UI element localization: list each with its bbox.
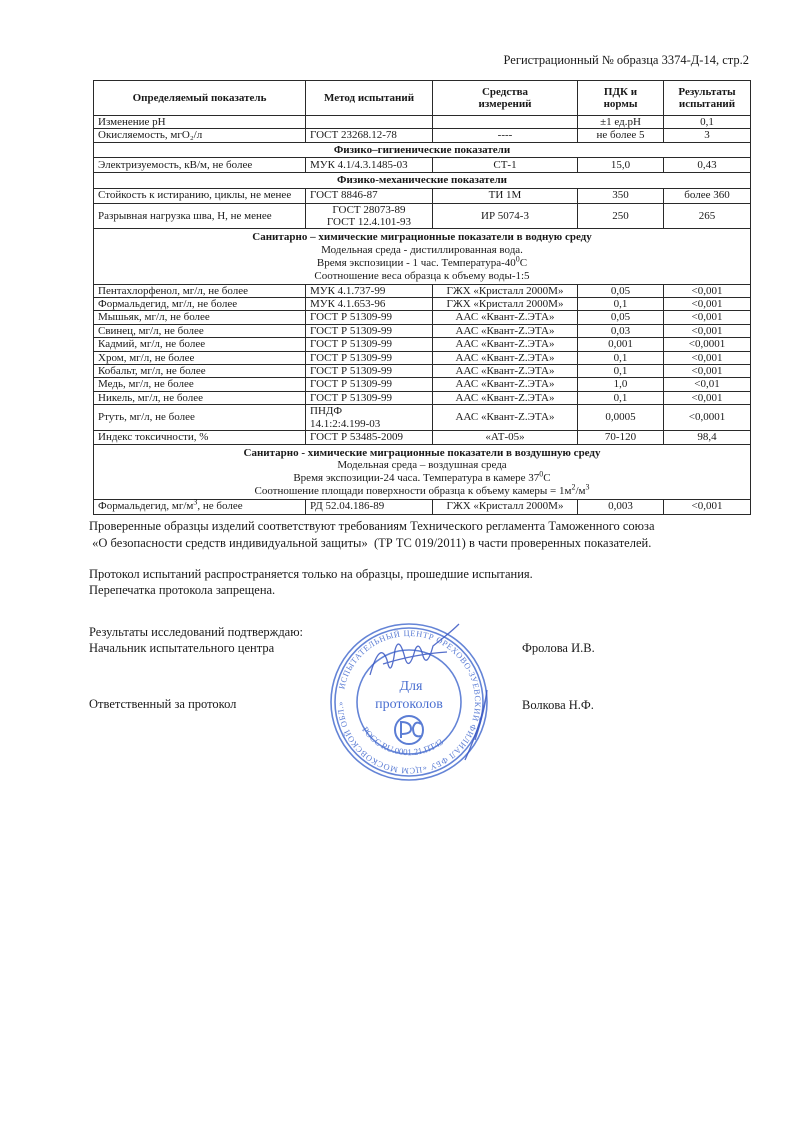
- table-row: Свинец, мг/л, не болееГОСТ Р 51309-99ААС…: [94, 324, 751, 337]
- table-row: Изменение рН ±1 ед.рН 0,1: [94, 116, 751, 129]
- method-cell: ГОСТ 23268.12-78: [306, 129, 433, 142]
- official-stamp: ИСПЫТАТЕЛЬНЫЙ ЦЕНТР ОРЕХОВО-ЗУЕВСКИЙ ФИЛ…: [325, 620, 493, 785]
- table-row: Кобальт, мг/л, не болееГОСТ Р 51309-99АА…: [94, 365, 751, 378]
- table-row: Мышьяк, мг/л, не болееГОСТ Р 51309-99ААС…: [94, 311, 751, 324]
- result-cell: <0,001: [664, 365, 751, 378]
- method-cell: ГОСТ Р 51309-99: [306, 365, 433, 378]
- table-row: Электризуемость, кВ/м, не более МУК 4.1/…: [94, 158, 751, 173]
- indicator-cell: Свинец, мг/л, не более: [94, 324, 306, 337]
- method-cell: ГОСТ Р 51309-99: [306, 311, 433, 324]
- table-row: Пентахлорфенол, мг/л, не болееМУК 4.1.73…: [94, 284, 751, 297]
- method-cell: ГОСТ Р 53485-2009: [306, 431, 433, 444]
- result-cell: 0,1: [664, 116, 751, 129]
- result-cell: <0,001: [664, 499, 751, 514]
- norm-cell: 0,001: [578, 338, 664, 351]
- conformity-conclusion: Проверенные образцы изделий соответствую…: [89, 518, 769, 552]
- norm-cell: 0,003: [578, 499, 664, 514]
- instrument-cell: «АТ-05»: [433, 431, 578, 444]
- norm-cell: не более 5: [578, 129, 664, 142]
- norm-cell: 0,1: [578, 351, 664, 364]
- indicator-cell: Медь, мг/л, не более: [94, 378, 306, 391]
- indicator-cell: Кобальт, мг/л, не более: [94, 365, 306, 378]
- header-method: Метод испытаний: [306, 81, 433, 116]
- head-name: Фролова И.В.: [522, 641, 595, 656]
- instrument-cell: ГЖХ «Кристалл 2000М»: [433, 499, 578, 514]
- indicator-cell: Ртуть, мг/л, не более: [94, 405, 306, 431]
- indicator-cell: Пентахлорфенол, мг/л, не более: [94, 284, 306, 297]
- result-cell: <0,0001: [664, 405, 751, 431]
- result-cell: <0,001: [664, 391, 751, 404]
- norm-cell: 0,1: [578, 391, 664, 404]
- instrument-cell: ААС «Квант-Z.ЭТА»: [433, 324, 578, 337]
- result-cell: <0,001: [664, 284, 751, 297]
- instrument-cell: ИР 5074-3: [433, 203, 578, 229]
- result-cell: 265: [664, 203, 751, 229]
- table-row: Индекс токсичности, %ГОСТ Р 53485-2009«А…: [94, 431, 751, 444]
- indicator-cell: Хром, мг/л, не более: [94, 351, 306, 364]
- indicator-cell: Стойкость к истиранию, циклы, не менее: [94, 188, 306, 203]
- protocol-notice: Протокол испытаний распространяется толь…: [89, 567, 533, 598]
- method-cell: ГОСТ Р 51309-99: [306, 338, 433, 351]
- norm-cell: 0,1: [578, 298, 664, 311]
- table-row: Ртуть, мг/л, не болееПНДФ14.1:2:4.199-03…: [94, 405, 751, 431]
- norm-cell: 0,0005: [578, 405, 664, 431]
- indicator-cell: Изменение рН: [94, 116, 306, 129]
- table-row: Формальдегид, мг/л, не болееМУК 4.1.653-…: [94, 298, 751, 311]
- norm-cell: 350: [578, 188, 664, 203]
- norm-cell: 0,1: [578, 365, 664, 378]
- registration-number: Регистрационный № образца 3374-Д-14, стр…: [504, 53, 749, 68]
- method-cell: ГОСТ 28073-89 ГОСТ 12.4.101-93: [306, 203, 433, 229]
- svg-text:РОСС RU.0001.21.ПТ43: РОСС RU.0001.21.ПТ43: [360, 725, 445, 757]
- method-cell: ГОСТ Р 51309-99: [306, 324, 433, 337]
- method-cell: МУК 4.1.737-99: [306, 284, 433, 297]
- table-row: Никель, мг/л, не болееГОСТ Р 51309-99ААС…: [94, 391, 751, 404]
- norm-cell: 15,0: [578, 158, 664, 173]
- method-cell: ПНДФ14.1:2:4.199-03: [306, 405, 433, 431]
- method-cell: ГОСТ 8846-87: [306, 188, 433, 203]
- indicator-cell: Окисляемость, мгО₂/л: [94, 129, 306, 142]
- svg-text:Для: Для: [400, 679, 424, 694]
- indicator-cell: Формальдегид, мг/л, не более: [94, 298, 306, 311]
- method-cell: ГОСТ Р 51309-99: [306, 391, 433, 404]
- table-row: Хром, мг/л, не болееГОСТ Р 51309-99ААС «…: [94, 351, 751, 364]
- norm-cell: 0,05: [578, 311, 664, 324]
- instrument-cell: ААС «Квант-Z.ЭТА»: [433, 338, 578, 351]
- responsible-label: Ответственный за протокол: [89, 697, 236, 713]
- approval-label: Результаты исследований подтверждаю: Нач…: [89, 625, 303, 656]
- norm-cell: 0,05: [578, 284, 664, 297]
- header-result: Результаты испытаний: [664, 81, 751, 116]
- indicator-cell: Никель, мг/л, не более: [94, 391, 306, 404]
- norm-cell: 0,03: [578, 324, 664, 337]
- result-cell: <0,01: [664, 378, 751, 391]
- section-header-physhyg: Физико–гигиенические показатели: [94, 142, 751, 157]
- indicator-cell: Формальдегид, мг/м3, не более: [94, 499, 306, 514]
- result-cell: 3: [664, 129, 751, 142]
- method-cell: МУК 4.1/4.3.1485-03: [306, 158, 433, 173]
- header-instrument: Средства измерений: [433, 81, 578, 116]
- table-row: Формальдегид, мг/м3, не более РД 52.04.1…: [94, 499, 751, 514]
- result-cell: 98,4: [664, 431, 751, 444]
- indicator-cell: Кадмий, мг/л, не более: [94, 338, 306, 351]
- result-cell: <0,0001: [664, 338, 751, 351]
- test-results-table: Определяемый показатель Метод испытаний …: [93, 80, 751, 515]
- section-header-water: Санитарно – химические миграционные пока…: [94, 229, 751, 284]
- instrument-cell: ----: [433, 129, 578, 142]
- indicator-cell: Электризуемость, кВ/м, не более: [94, 158, 306, 173]
- stamp-seal-icon: ИСПЫТАТЕЛЬНЫЙ ЦЕНТР ОРЕХОВО-ЗУЕВСКИЙ ФИЛ…: [325, 620, 493, 785]
- method-cell: ГОСТ Р 51309-99: [306, 351, 433, 364]
- instrument-cell: ГЖХ «Кристалл 2000М»: [433, 284, 578, 297]
- result-cell: <0,001: [664, 311, 751, 324]
- table-row: Разрывная нагрузка шва, Н, не менее ГОСТ…: [94, 203, 751, 229]
- method-cell: МУК 4.1.653-96: [306, 298, 433, 311]
- instrument-cell: ААС «Квант-Z.ЭТА»: [433, 378, 578, 391]
- method-cell: РД 52.04.186-89: [306, 499, 433, 514]
- table-row: Медь, мг/л, не болееГОСТ Р 51309-99ААС «…: [94, 378, 751, 391]
- table-row: Стойкость к истиранию, циклы, не менее Г…: [94, 188, 751, 203]
- result-cell: <0,001: [664, 351, 751, 364]
- indicator-cell: Разрывная нагрузка шва, Н, не менее: [94, 203, 306, 229]
- instrument-cell: ГЖХ «Кристалл 2000М»: [433, 298, 578, 311]
- instrument-cell: ААС «Квант-Z.ЭТА»: [433, 391, 578, 404]
- indicator-cell: Индекс токсичности, %: [94, 431, 306, 444]
- instrument-cell: ААС «Квант-Z.ЭТА»: [433, 405, 578, 431]
- table-row: Кадмий, мг/л, не болееГОСТ Р 51309-99ААС…: [94, 338, 751, 351]
- table-header-row: Определяемый показатель Метод испытаний …: [94, 81, 751, 116]
- header-indicator: Определяемый показатель: [94, 81, 306, 116]
- result-cell: 0,43: [664, 158, 751, 173]
- method-cell: ГОСТ Р 51309-99: [306, 378, 433, 391]
- instrument-cell: ААС «Квант-Z.ЭТА»: [433, 311, 578, 324]
- instrument-cell: ААС «Квант-Z.ЭТА»: [433, 351, 578, 364]
- section-header-air: Санитарно - химические миграционные пока…: [94, 444, 751, 499]
- result-cell: <0,001: [664, 324, 751, 337]
- instrument-cell: [433, 116, 578, 129]
- indicator-cell: Мышьяк, мг/л, не более: [94, 311, 306, 324]
- header-norm: ПДК и нормы: [578, 81, 664, 116]
- result-cell: более 360: [664, 188, 751, 203]
- norm-cell: ±1 ед.рН: [578, 116, 664, 129]
- method-cell: [306, 116, 433, 129]
- instrument-cell: ААС «Квант-Z.ЭТА»: [433, 365, 578, 378]
- section-header-physmech: Физико-механические показатели: [94, 173, 751, 188]
- result-cell: <0,001: [664, 298, 751, 311]
- norm-cell: 70-120: [578, 431, 664, 444]
- norm-cell: 1,0: [578, 378, 664, 391]
- table-row: Окисляемость, мгО₂/л ГОСТ 23268.12-78 --…: [94, 129, 751, 142]
- instrument-cell: ТИ 1М: [433, 188, 578, 203]
- instrument-cell: СТ-1: [433, 158, 578, 173]
- svg-text:протоколов: протоколов: [375, 697, 443, 712]
- responsible-name: Волкова Н.Ф.: [522, 698, 594, 713]
- norm-cell: 250: [578, 203, 664, 229]
